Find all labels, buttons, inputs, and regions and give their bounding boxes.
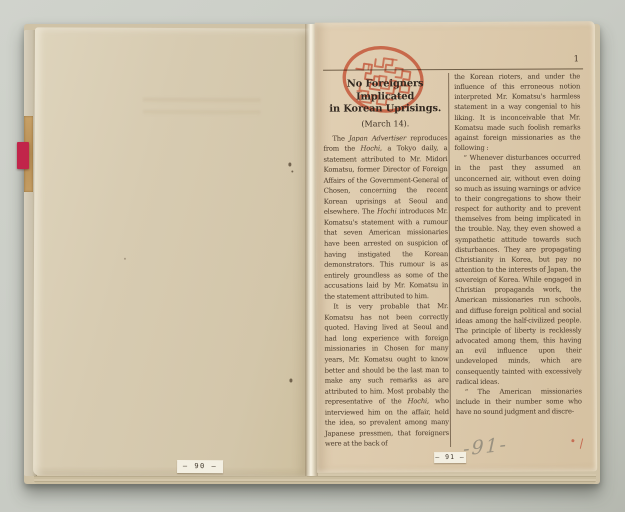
paragraph: It is very probable that Mr. Komatsu has… xyxy=(324,301,449,449)
paragraph: The Japan Advertiser reproduces from the… xyxy=(323,133,448,302)
ink-speck xyxy=(288,163,291,167)
left-text-column: No Foreigners Implicated in Korean Upris… xyxy=(323,78,449,450)
ink-speck xyxy=(291,171,293,173)
red-pencil-mark xyxy=(572,436,583,449)
headline-line-2: in Korean Uprisings. xyxy=(323,103,447,116)
paragraph: the Korean rioters, and under the influe… xyxy=(454,71,580,153)
paragraph: “ The American missionaries include in t… xyxy=(456,386,582,417)
headline-line-1: No Foreigners Implicated xyxy=(323,78,447,104)
handwritten-page-number: -91- xyxy=(463,433,508,460)
printed-page-number: 1 xyxy=(545,54,579,64)
left-page: – 90 – xyxy=(33,27,309,476)
paragraph: “ Whenever disturbances occurred in the … xyxy=(455,153,582,387)
text-showthrough xyxy=(143,84,261,129)
paper-speck xyxy=(124,258,126,260)
article-dateline: (March 14). xyxy=(323,119,447,129)
photo-of-open-scrapbook: – 90 – 1 No Foreigners Implicated in Kor… xyxy=(0,0,625,512)
page-90-label: – 90 – xyxy=(177,460,223,473)
ink-speck xyxy=(289,379,292,383)
red-bookmark-tab xyxy=(17,142,29,169)
page-91-label: – 91 – xyxy=(434,452,466,463)
pamphlet-page: 1 No Foreigners Implicated in Korean Upr… xyxy=(315,21,597,472)
article-headline: No Foreigners Implicated in Korean Upris… xyxy=(323,78,447,116)
right-column-body: the Korean rioters, and under the influe… xyxy=(454,71,582,417)
right-text-column: the Korean rioters, and under the influe… xyxy=(454,71,582,417)
left-column-body: The Japan Advertiser reproduces from the… xyxy=(323,133,449,450)
